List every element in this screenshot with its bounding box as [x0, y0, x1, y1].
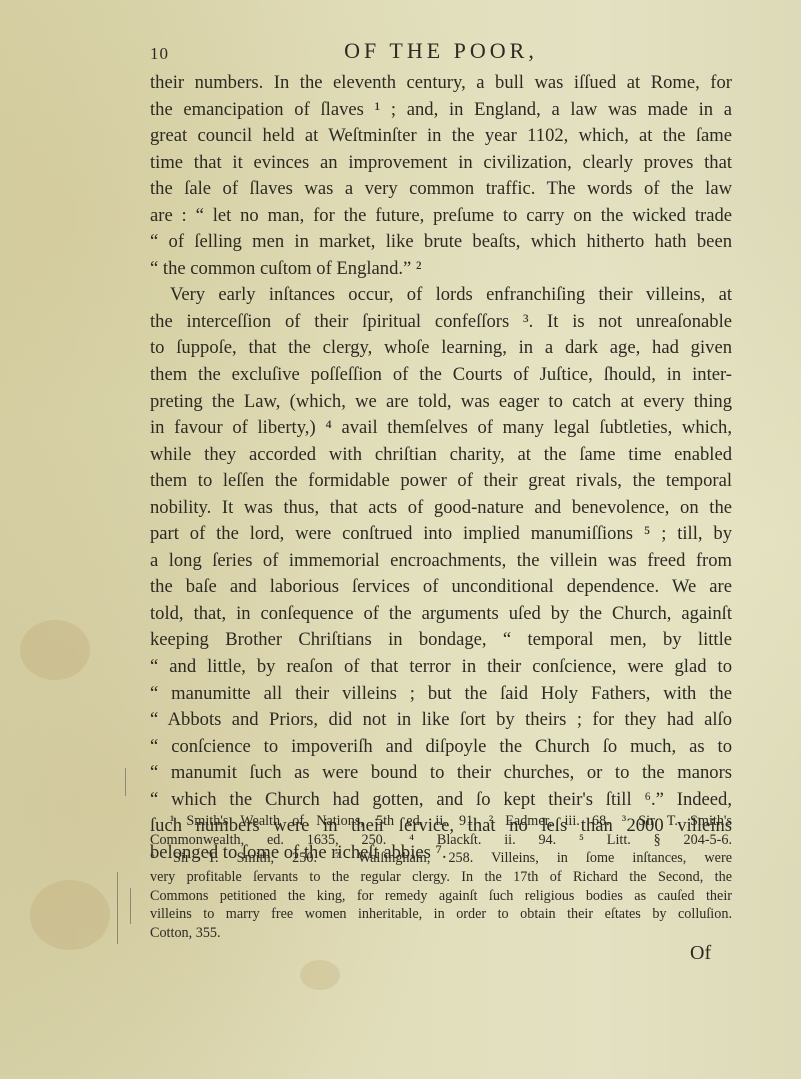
text-line: them to leſſen the formidable power of t…: [150, 468, 732, 495]
text-line: the baſe and laborious ſervices of uncon…: [150, 574, 732, 601]
pencil-mark: [130, 888, 131, 924]
text-line: them the excluſive poſſeſſion of the Cou…: [150, 362, 732, 389]
footnote-line: very profitable ſervants to the regular …: [150, 868, 732, 887]
running-head-title: OF THE POOR,: [150, 38, 732, 64]
foxing-stain: [20, 620, 90, 680]
footnote-line: Commonwealth, ed. 1635, 250. ⁴ Blackſt. …: [150, 831, 732, 850]
text-line: the emancipation of ſlaves ¹ ; and, in E…: [150, 97, 732, 124]
text-line: “ conſcience to impoveriſh and diſpoyle …: [150, 734, 732, 761]
text-line: told, that, in conſequence of the argume…: [150, 601, 732, 628]
foxing-stain: [30, 880, 110, 950]
book-page: 10 OF THE POOR, their numbers. In the el…: [0, 0, 801, 1079]
paragraph-start-line: Very early inſtances occur, of lords enf…: [150, 282, 732, 309]
text-line: while they accorded with chriſtian chari…: [150, 442, 732, 469]
footnotes: ¹ Smith's Wealth of Nations, 5th ed. ii.…: [150, 812, 732, 943]
text-line: the interceſſion of their ſpiritual conf…: [150, 309, 732, 336]
footnote-line: Commons petitioned the king, for remedy …: [150, 887, 732, 906]
text-line: part of the lord, were conſtrued into im…: [150, 521, 732, 548]
body-text: their numbers. In the eleventh century, …: [150, 70, 732, 866]
footnote-line: Cotton, 355.: [150, 924, 732, 943]
text-line: “ the common cuſtom of England.” ²: [150, 256, 732, 283]
text-line: great council held at Weſtminſter in the…: [150, 123, 732, 150]
text-line: “ manumit ſuch as were bound to their ch…: [150, 760, 732, 787]
text-line: “ of ſelling men in market, like brute b…: [150, 229, 732, 256]
text-line: “ manumitte all their villeins ; but the…: [150, 681, 732, 708]
running-head: 10 OF THE POOR,: [150, 38, 732, 68]
text-line: keeping Brother Chriſtians in bondage, “…: [150, 627, 732, 654]
text-line: their numbers. In the eleventh century, …: [150, 70, 732, 97]
text-line: “ and little, by reaſon of that terror i…: [150, 654, 732, 681]
catchword: Of: [690, 942, 711, 965]
text-line: in favour of liberty,) ⁴ avail themſelve…: [150, 415, 732, 442]
text-line: the ſale of ſlaves was a very common tra…: [150, 176, 732, 203]
footnote-line: villeins to marry free women inheritable…: [150, 905, 732, 924]
text-line: time that it evinces an improvement in c…: [150, 150, 732, 177]
text-line: preting the Law, (which, we are told, wa…: [150, 389, 732, 416]
text-line: to ſuppoſe, that the clergy, whoſe learn…: [150, 335, 732, 362]
footnote-line: ⁶ Sir T. Smith, 250. ⁷ Walſingham, 258. …: [150, 849, 732, 868]
text-line: “ which the Church had gotten, and ſo ke…: [150, 787, 732, 814]
text-line: “ Abbots and Priors, did not in like ſor…: [150, 707, 732, 734]
text-line: are : “ let no man, for the future, preſ…: [150, 203, 732, 230]
text-line: a long ſeries of immemorial encroachment…: [150, 548, 732, 575]
text-line: nobility. It was thus, that acts of good…: [150, 495, 732, 522]
pencil-mark: [117, 872, 118, 944]
footnote-line: ¹ Smith's Wealth of Nations, 5th ed. ii.…: [150, 812, 732, 831]
pencil-mark: [125, 768, 126, 796]
foxing-stain: [300, 960, 340, 990]
